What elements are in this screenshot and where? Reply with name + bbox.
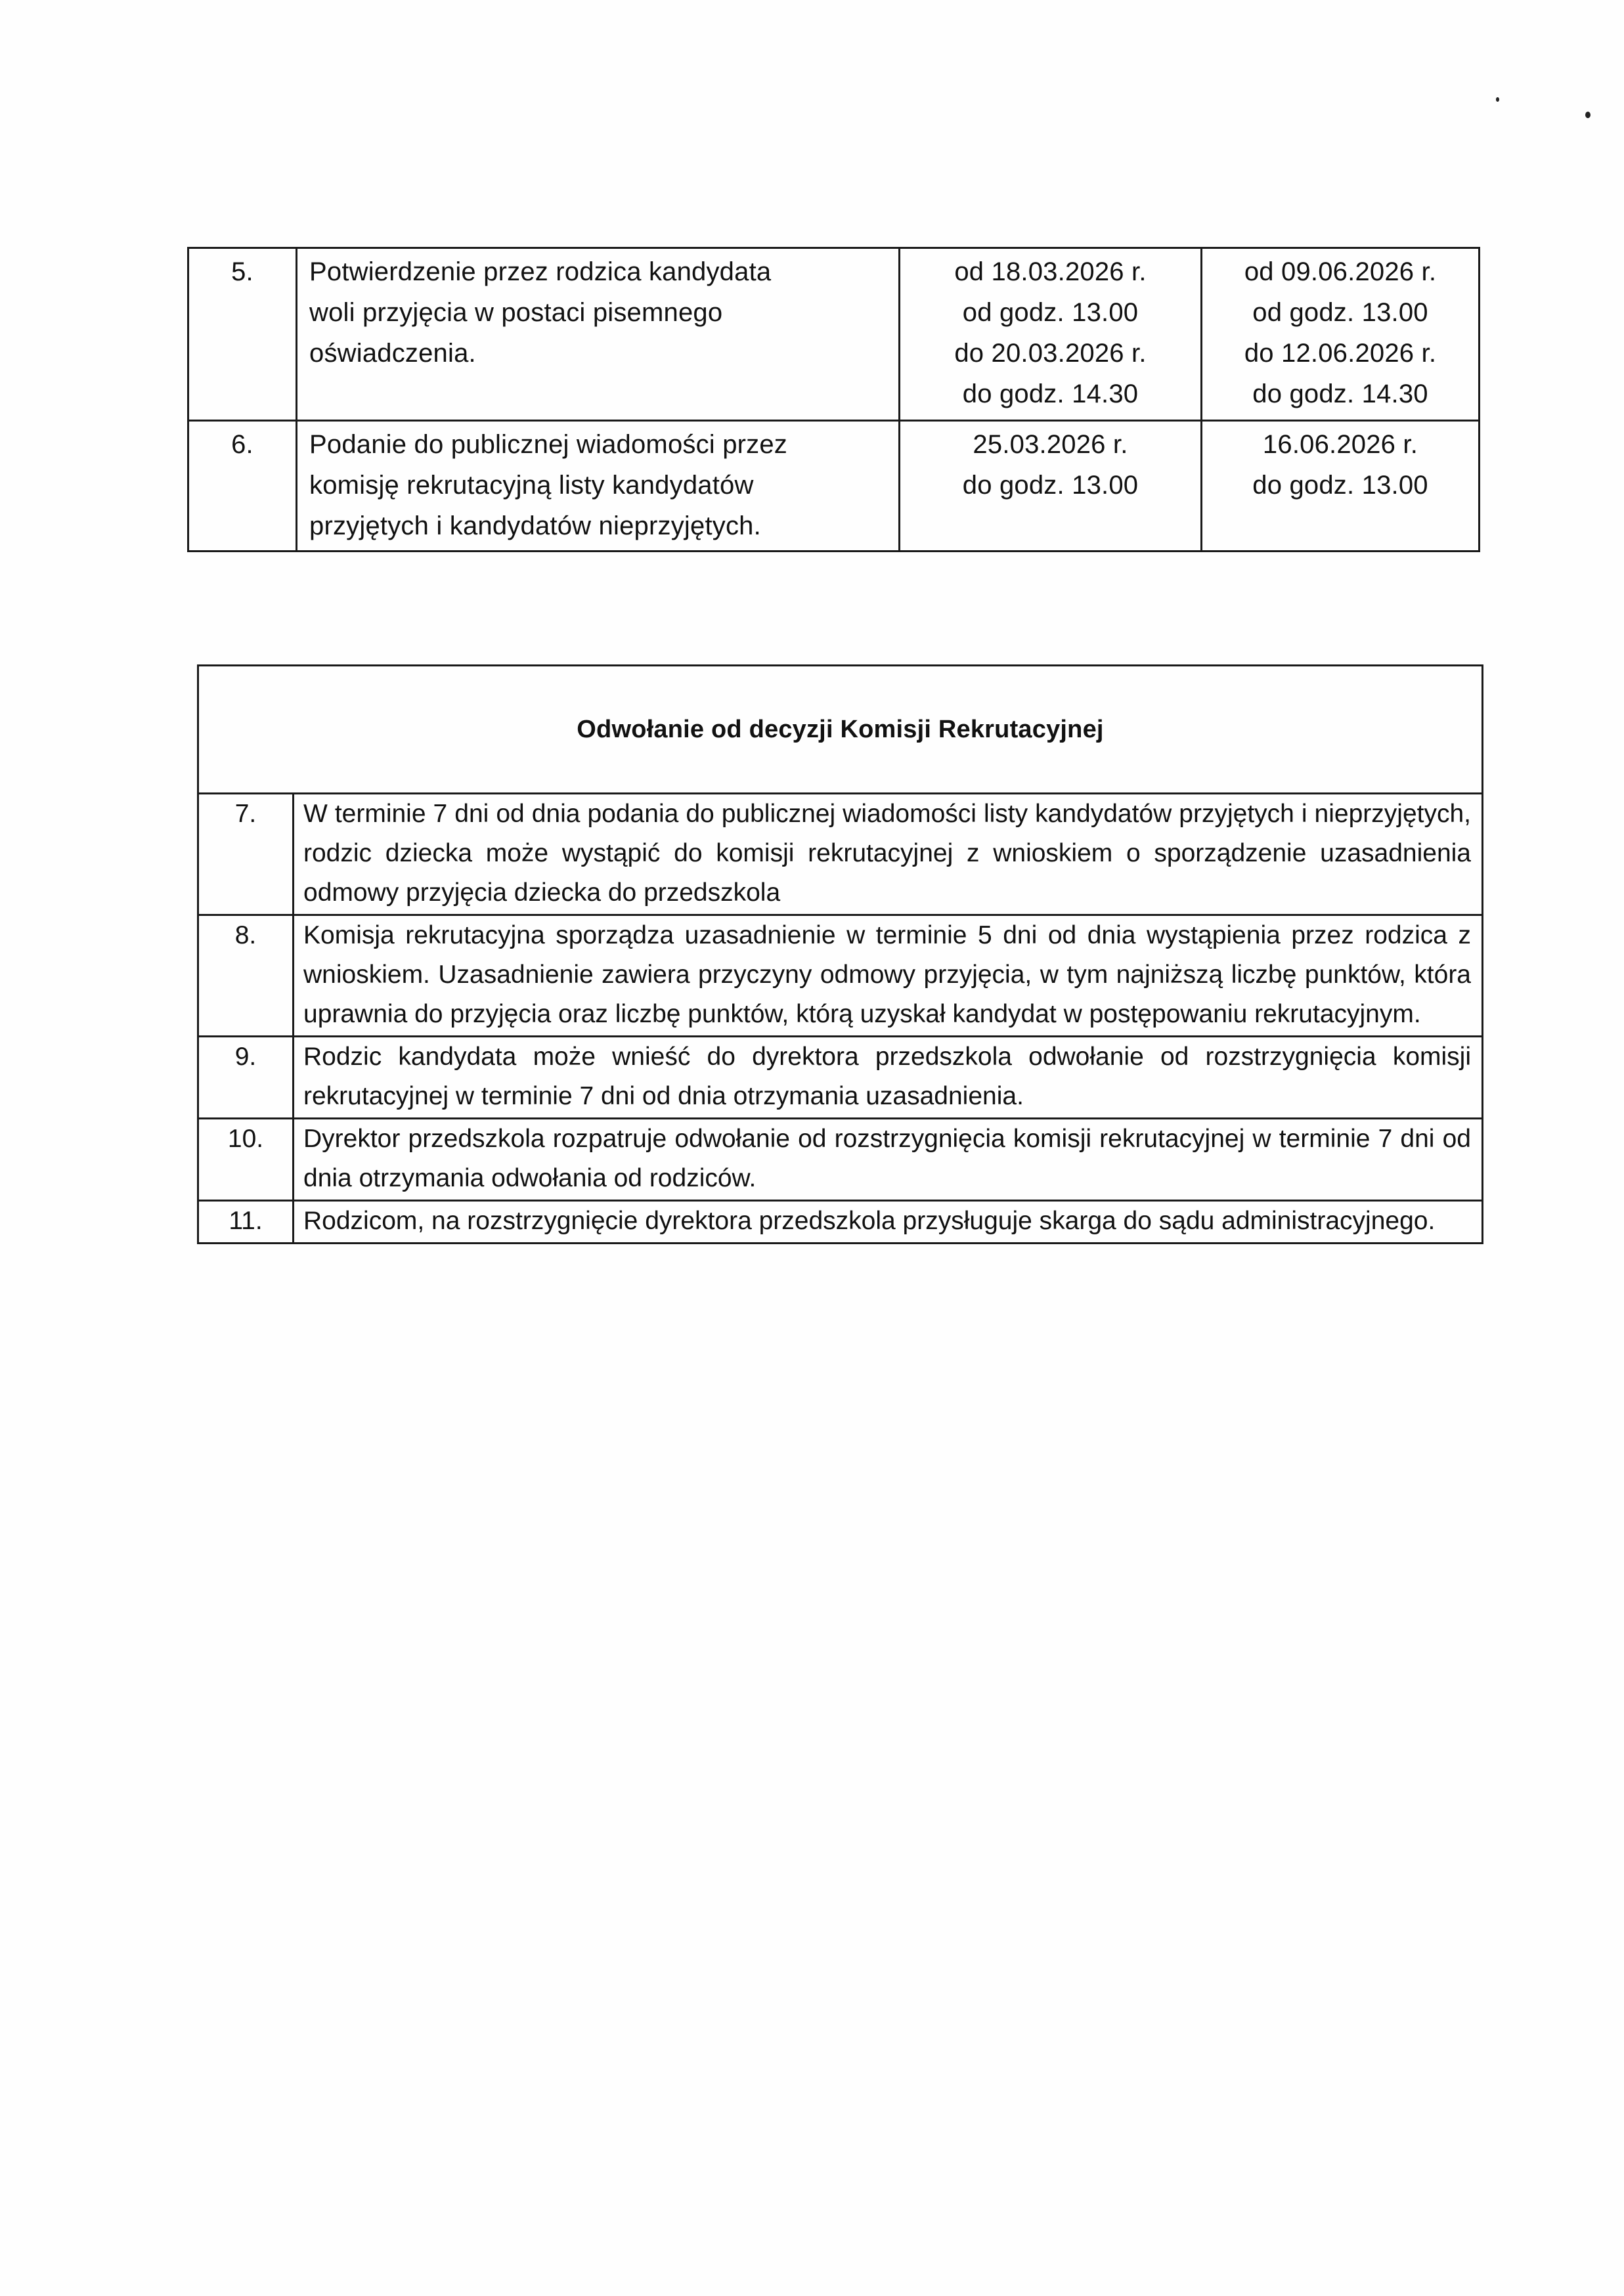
row-text: Rodzicom, na rozstrzygnięcie dyrektora p… [294, 1201, 1483, 1244]
table-row: 10. Dyrektor przedszkola rozpatruje odwo… [198, 1119, 1483, 1201]
table-row: 9. Rodzic kandydata może wnieść do dyrek… [198, 1037, 1483, 1119]
recruitment-schedule-table: 5. Potwierdzenie przez rodzica kandydata… [187, 247, 1480, 552]
section-title: Odwołanie od decyzji Komisji Rekrutacyjn… [198, 666, 1483, 794]
row-number: 6. [188, 421, 297, 552]
row-number: 11. [198, 1201, 294, 1244]
table-header-row: Odwołanie od decyzji Komisji Rekrutacyjn… [198, 666, 1483, 794]
row-number: 9. [198, 1037, 294, 1119]
row-description: Podanie do publicznej wiadomości przez k… [297, 421, 900, 552]
table-row: 6. Podanie do publicznej wiadomości prze… [188, 421, 1480, 552]
table-row: 11. Rodzicom, na rozstrzygnięcie dyrekto… [198, 1201, 1483, 1244]
document-page: 5. Potwierdzenie przez rodzica kandydata… [0, 0, 1624, 2296]
row-text: W terminie 7 dni od dnia podania do publ… [294, 794, 1483, 915]
appeal-procedure-table: Odwołanie od decyzji Komisji Rekrutacyjn… [197, 664, 1483, 1244]
term-main-recruitment: od 18.03.2026 r. od godz. 13.00 do 20.03… [900, 248, 1202, 421]
table-row: 5. Potwierdzenie przez rodzica kandydata… [188, 248, 1480, 421]
row-text: Rodzic kandydata może wnieść do dyrektor… [294, 1037, 1483, 1119]
term-main-recruitment: 25.03.2026 r. do godz. 13.00 [900, 421, 1202, 552]
term-supplementary-recruitment: 16.06.2026 r. do godz. 13.00 [1202, 421, 1480, 552]
table-row: 8. Komisja rekrutacyjna sporządza uzasad… [198, 915, 1483, 1037]
row-number: 5. [188, 248, 297, 421]
term-supplementary-recruitment: od 09.06.2026 r. od godz. 13.00 do 12.06… [1202, 248, 1480, 421]
row-number: 8. [198, 915, 294, 1037]
row-text: Dyrektor przedszkola rozpatruje odwołani… [294, 1119, 1483, 1201]
row-number: 7. [198, 794, 294, 915]
scan-artifact [1585, 112, 1591, 118]
row-text: Komisja rekrutacyjna sporządza uzasadnie… [294, 915, 1483, 1037]
row-number: 10. [198, 1119, 294, 1201]
row-description: Potwierdzenie przez rodzica kandydata wo… [297, 248, 900, 421]
scan-artifact [1496, 97, 1499, 102]
table-row: 7. W terminie 7 dni od dnia podania do p… [198, 794, 1483, 915]
